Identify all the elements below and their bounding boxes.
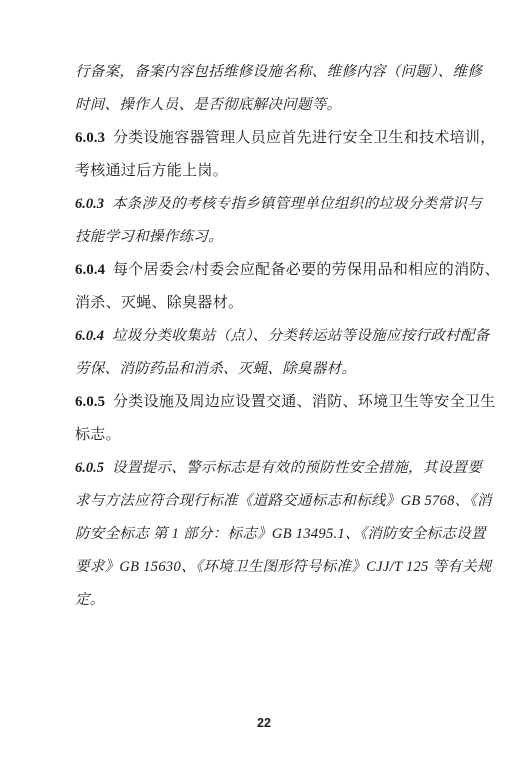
line-text: 分类设施容器管理人员应首先进行安全卫生和技术培训， xyxy=(113,130,496,146)
text-line: 6.0.3本条涉及的考核专指乡镇管理单位组织的垃圾分类常识与 xyxy=(75,188,467,221)
text-line: 技能学习和操作练习。 xyxy=(75,221,467,254)
text-line: 6.0.4垃圾分类收集站（点）、分类转运站等设施应按行政村配备 xyxy=(75,320,467,353)
text-line: 6.0.5设置提示、警示标志是有效的预防性安全措施，其设置要 xyxy=(75,452,467,485)
clause-number: 6.0.4 xyxy=(75,328,104,344)
line-text: 时间、操作人员、是否彻底解决问题等。 xyxy=(75,97,341,113)
clause-paragraph: 6.0.3分类设施容器管理人员应首先进行安全卫生和技术培训，考核通过后方能上岗。 xyxy=(75,122,467,188)
line-text: 消杀、灭蝇、除臭器材。 xyxy=(75,295,243,311)
clause-paragraph: 6.0.4每个居委会/村委会应配备必要的劳保用品和相应的消防、消杀、灭蝇、除臭器… xyxy=(75,254,467,320)
line-text: 求与方法应符合现行标准《道路交通标志和标线》GB 5768、《消 xyxy=(75,493,492,509)
clause-paragraph: 6.0.5分类设施及周边应设置交通、消防、环境卫生等安全卫生标志。 xyxy=(75,386,467,452)
text-line: 6.0.4每个居委会/村委会应配备必要的劳保用品和相应的消防、 xyxy=(75,254,467,287)
line-text: 本条涉及的考核专指乡镇管理单位组织的垃圾分类常识与 xyxy=(112,196,482,212)
commentary-paragraph: 行备案，备案内容包括维修设施名称、维修内容（问题）、维修时间、操作人员、是否彻底… xyxy=(75,56,467,122)
line-text: 劳保、消防药品和消杀、灭蝇、除臭器材。 xyxy=(75,361,356,377)
clause-number: 6.0.5 xyxy=(75,394,105,410)
line-text: 要求》GB 15630、《环境卫生图形符号标准》CJJ/T 125 等有关规 xyxy=(75,559,492,575)
document-page: 行备案，备案内容包括维修设施名称、维修内容（问题）、维修时间、操作人员、是否彻底… xyxy=(0,0,528,766)
line-text: 考核通过后方能上岗。 xyxy=(75,163,228,179)
line-text: 每个居委会/村委会应配备必要的劳保用品和相应的消防、 xyxy=(113,262,500,278)
text-line: 6.0.3分类设施容器管理人员应首先进行安全卫生和技术培训， xyxy=(75,122,467,155)
page-number: 22 xyxy=(0,716,528,730)
line-text: 技能学习和操作练习。 xyxy=(75,229,223,245)
text-line: 行备案，备案内容包括维修设施名称、维修内容（问题）、维修 xyxy=(75,56,467,89)
clause-number: 6.0.3 xyxy=(75,196,104,212)
line-text: 标志。 xyxy=(75,427,121,443)
line-text: 垃圾分类收集站（点）、分类转运站等设施应按行政村配备 xyxy=(112,328,490,344)
clause-number: 6.0.3 xyxy=(75,130,105,146)
line-text: 分类设施及周边应设置交通、消防、环境卫生等安全卫生 xyxy=(113,394,496,410)
commentary-paragraph: 6.0.4垃圾分类收集站（点）、分类转运站等设施应按行政村配备劳保、消防药品和消… xyxy=(75,320,467,386)
document-content: 行备案，备案内容包括维修设施名称、维修内容（问题）、维修时间、操作人员、是否彻底… xyxy=(75,56,467,617)
clause-number: 6.0.5 xyxy=(75,460,104,476)
text-line: 防安全标志 第 1 部分：标志》GB 13495.1、《消防安全标志设置 xyxy=(75,518,467,551)
line-text: 定。 xyxy=(75,592,105,608)
text-line: 消杀、灭蝇、除臭器材。 xyxy=(75,287,467,320)
line-text: 设置提示、警示标志是有效的预防性安全措施，其设置要 xyxy=(112,460,482,476)
line-text: 防安全标志 第 1 部分：标志》GB 13495.1、《消防安全标志设置 xyxy=(75,526,486,542)
text-line: 要求》GB 15630、《环境卫生图形符号标准》CJJ/T 125 等有关规 xyxy=(75,551,467,584)
text-line: 定。 xyxy=(75,584,467,617)
text-line: 劳保、消防药品和消杀、灭蝇、除臭器材。 xyxy=(75,353,467,386)
text-line: 求与方法应符合现行标准《道路交通标志和标线》GB 5768、《消 xyxy=(75,485,467,518)
line-text: 行备案，备案内容包括维修设施名称、维修内容（问题）、维修 xyxy=(75,64,482,80)
text-line: 标志。 xyxy=(75,419,467,452)
clause-number: 6.0.4 xyxy=(75,262,105,278)
text-line: 时间、操作人员、是否彻底解决问题等。 xyxy=(75,89,467,122)
text-line: 6.0.5分类设施及周边应设置交通、消防、环境卫生等安全卫生 xyxy=(75,386,467,419)
text-line: 考核通过后方能上岗。 xyxy=(75,155,467,188)
commentary-paragraph: 6.0.5设置提示、警示标志是有效的预防性安全措施，其设置要求与方法应符合现行标… xyxy=(75,452,467,617)
commentary-paragraph: 6.0.3本条涉及的考核专指乡镇管理单位组织的垃圾分类常识与技能学习和操作练习。 xyxy=(75,188,467,254)
